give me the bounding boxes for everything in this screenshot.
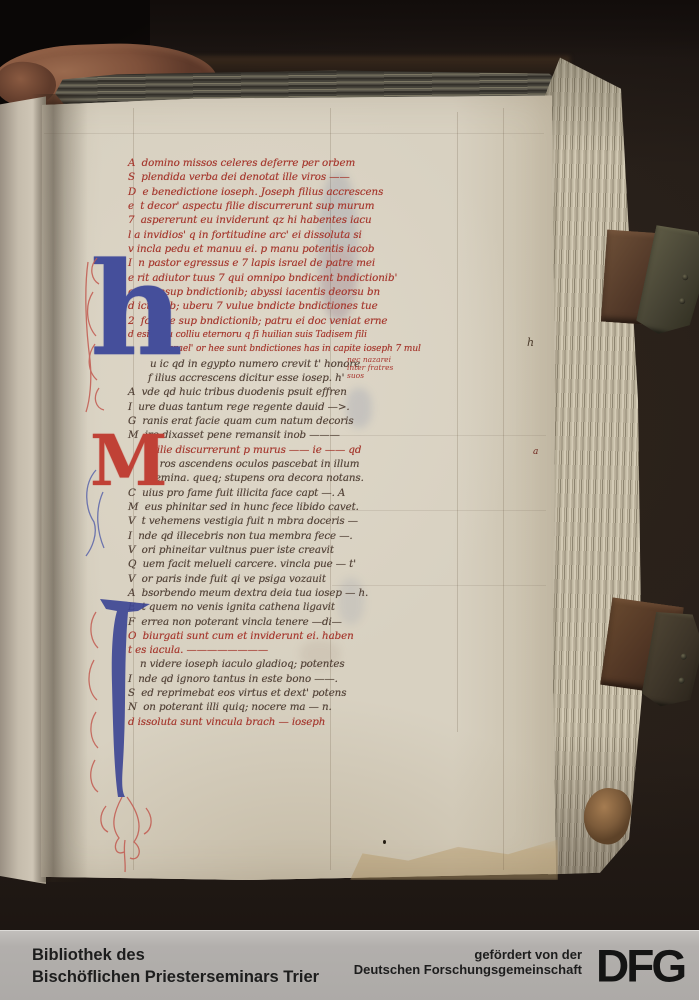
rubric-margin-note: nec nazareiinter fratressuos: [347, 356, 393, 380]
manuscript-line: I ure duas tantum rege regente dauid —>.: [128, 400, 380, 414]
illuminated-initial-h: h: [90, 246, 183, 374]
ruling-line-horizontal: [44, 133, 544, 134]
rivet: [678, 677, 685, 684]
manuscript-line: M eus phinitar sed in hunc fece libido c…: [128, 500, 380, 514]
manuscript-line: I nde qd illecebris non tua membra fece …: [128, 529, 380, 543]
manuscript-line: Q uem facit melueli carcere. vincla pue …: [128, 557, 380, 571]
manuscript-line: e t decor' aspectu filie discurrerunt su…: [128, 199, 380, 213]
edge-mark-upper: h: [527, 336, 534, 349]
manuscript-line: E t quem no venis ignita cathena ligavit: [128, 600, 380, 614]
ruling-line-vertical: [457, 112, 458, 732]
fore-edge-pages: [543, 56, 643, 876]
dfg-logo: DFG: [596, 932, 684, 1000]
manuscript-line: S ed reprimebat eos virtus et dext' pote…: [128, 686, 380, 700]
manuscript-line: tes iacula. ————————: [128, 643, 380, 657]
manuscript-line: 7 aspererunt eu inviderunt qz hi habente…: [128, 213, 380, 227]
manuscript-line: V or paris inde fuit qi ve psiga vozauit: [128, 572, 380, 586]
manuscript-line: F errea non poterant vincla tenere —di—: [128, 615, 380, 629]
manuscript-line: A vde qd huic tribus duodenis psuit effr…: [128, 385, 380, 399]
gutter-shadow: [32, 94, 88, 882]
manuscript-line: I nde qd ignoro tantus in este bono ——.: [128, 672, 380, 686]
manuscript-line: V ori phineitar vultnus puer iste creavi…: [128, 543, 380, 557]
manuscript-line: A domino missos celeres deferre per orbe…: [128, 156, 380, 170]
rivet: [680, 653, 687, 660]
library-name-line2: Bischöflichen Priesterseminars Trier: [32, 966, 319, 988]
manuscript-line: D e benedictione ioseph. Joseph filius a…: [128, 185, 380, 199]
manuscript-line: S plendida verba dei denotat ille viros …: [128, 170, 380, 184]
manuscript-line: A bsorbendo meum dextra deia tua iosep —…: [128, 586, 380, 600]
library-name-line1: Bibliothek des: [32, 944, 319, 966]
rivet: [682, 274, 689, 281]
library-name: Bibliothek des Bischöflichen Priestersem…: [32, 944, 319, 988]
screenshot: A domino missos celeres deferre per orbe…: [0, 0, 699, 1000]
library-banner: Bibliothek des Bischöflichen Priestersem…: [0, 930, 699, 1000]
manuscript-photo: A domino missos celeres deferre per orbe…: [0, 0, 699, 930]
manuscript-line: V t vehemens vestigia fuit n mbra doceri…: [128, 514, 380, 528]
ink-speck: [383, 840, 386, 844]
edge-mark-lower: a: [533, 447, 538, 457]
manuscript-line: N on poterant illi quiq; nocere ma — n.: [128, 700, 380, 714]
funding-line2: Deutschen Forschungsgemeinschaft: [290, 962, 582, 977]
ruling-line-vertical: [503, 108, 504, 870]
manuscript-line: O biurgati sunt cum et inviderunt ei. ha…: [128, 629, 380, 643]
margin-note-line: suos: [347, 372, 393, 380]
funding-credit: gefördert von der Deutschen Forschungsge…: [290, 947, 582, 977]
funding-line1: gefördert von der: [290, 947, 582, 962]
manuscript-line: dissoluta sunt vincula brach — ioseph: [128, 715, 380, 729]
manuscript-line: nvidere ioseph iaculo gladioq; potentes: [128, 657, 380, 671]
illuminated-initial-m: M: [90, 426, 168, 496]
rivet: [679, 298, 686, 305]
